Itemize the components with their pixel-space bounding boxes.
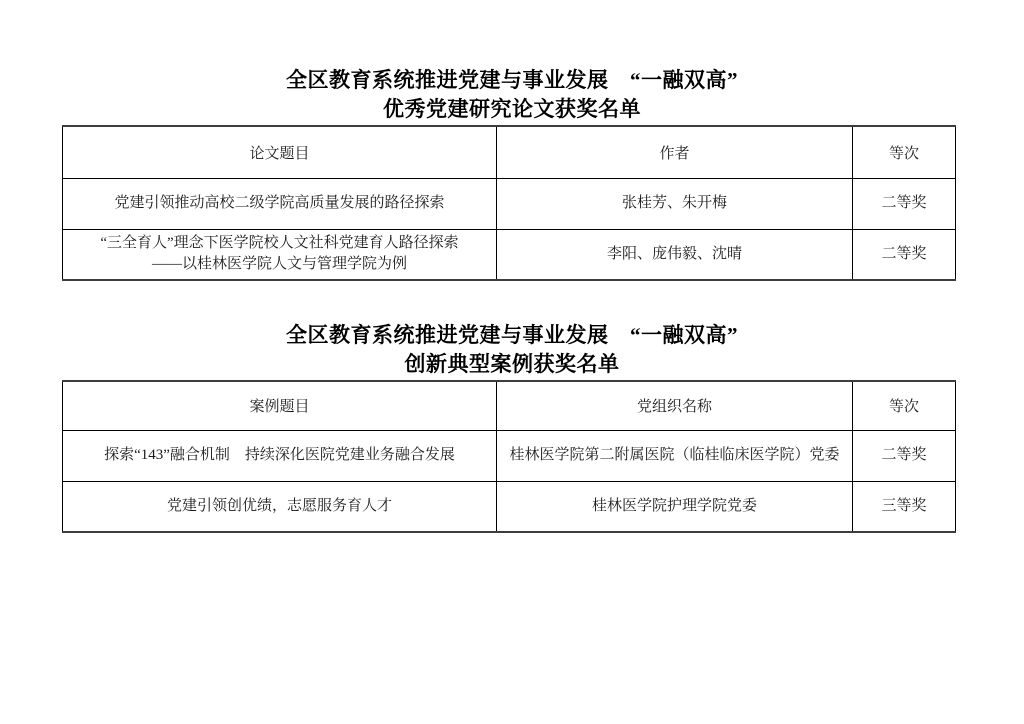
authors-cell: 张桂芳、朱开梅 [497,178,853,229]
section-cases: 全区教育系统推进党建与事业发展 “一融双高” 创新典型案例获奖名单 案例题目 党… [0,321,1024,533]
cases-awards-table: 案例题目 党组织名称 等次 探索“143”融合机制 持续深化医院党建业务融合发展… [62,380,956,533]
paper-title-cell: “三全育人”理念下医学院校人文社科党建育人路径探索 ——以桂林医学院人文与管理学… [63,229,497,280]
case-title-cell: 党建引领创优绩，志愿服务育人才 [63,481,497,532]
award-level-cell: 二等奖 [853,229,956,280]
party-organization-cell: 桂林医学院护理学院党委 [497,481,853,532]
paper-title-cell: 党建引领推动高校二级学院高质量发展的路径探索 [63,178,497,229]
table-row: 党建引领创优绩，志愿服务育人才 桂林医学院护理学院党委 三等奖 [63,481,956,532]
column-header-case-title: 案例题目 [63,381,497,430]
authors-cell: 李阳、庞伟毅、沈晴 [497,229,853,280]
cases-title-line1: 全区教育系统推进党建与事业发展 “一融双高” [0,321,1024,350]
section-papers: 全区教育系统推进党建与事业发展 “一融双高” 优秀党建研究论文获奖名单 论文题目… [0,66,1024,281]
column-header-authors: 作者 [497,126,853,178]
award-level-cell: 二等奖 [853,430,956,481]
case-title-cell: 探索“143”融合机制 持续深化医院党建业务融合发展 [63,430,497,481]
papers-table-header-row: 论文题目 作者 等次 [63,126,956,178]
party-organization-cell: 桂林医学院第二附属医院（临桂临床医学院）党委 [497,430,853,481]
document-page: 全区教育系统推进党建与事业发展 “一融双高” 优秀党建研究论文获奖名单 论文题目… [0,0,1024,724]
column-header-paper-title: 论文题目 [63,126,497,178]
paper-title-line1: “三全育人”理念下医学院校人文社科党建育人路径探索 [71,233,488,254]
column-header-award-level: 等次 [853,381,956,430]
column-header-party-organization: 党组织名称 [497,381,853,430]
table-row: 党建引领推动高校二级学院高质量发展的路径探索 张桂芳、朱开梅 二等奖 [63,178,956,229]
cases-table-header-row: 案例题目 党组织名称 等次 [63,381,956,430]
cases-section-title: 全区教育系统推进党建与事业发展 “一融双高” 创新典型案例获奖名单 [0,321,1024,379]
table-row: 探索“143”融合机制 持续深化医院党建业务融合发展 桂林医学院第二附属医院（临… [63,430,956,481]
award-level-cell: 三等奖 [853,481,956,532]
papers-section-title: 全区教育系统推进党建与事业发展 “一融双高” 优秀党建研究论文获奖名单 [0,66,1024,124]
table-row: “三全育人”理念下医学院校人文社科党建育人路径探索 ——以桂林医学院人文与管理学… [63,229,956,280]
papers-title-line2: 优秀党建研究论文获奖名单 [0,95,1024,124]
paper-title-line2: ——以桂林医学院人文与管理学院为例 [71,254,488,275]
papers-awards-table: 论文题目 作者 等次 党建引领推动高校二级学院高质量发展的路径探索 张桂芳、朱开… [62,125,956,281]
papers-title-line1: 全区教育系统推进党建与事业发展 “一融双高” [0,66,1024,95]
column-header-award-level: 等次 [853,126,956,178]
award-level-cell: 二等奖 [853,178,956,229]
cases-title-line2: 创新典型案例获奖名单 [0,350,1024,379]
